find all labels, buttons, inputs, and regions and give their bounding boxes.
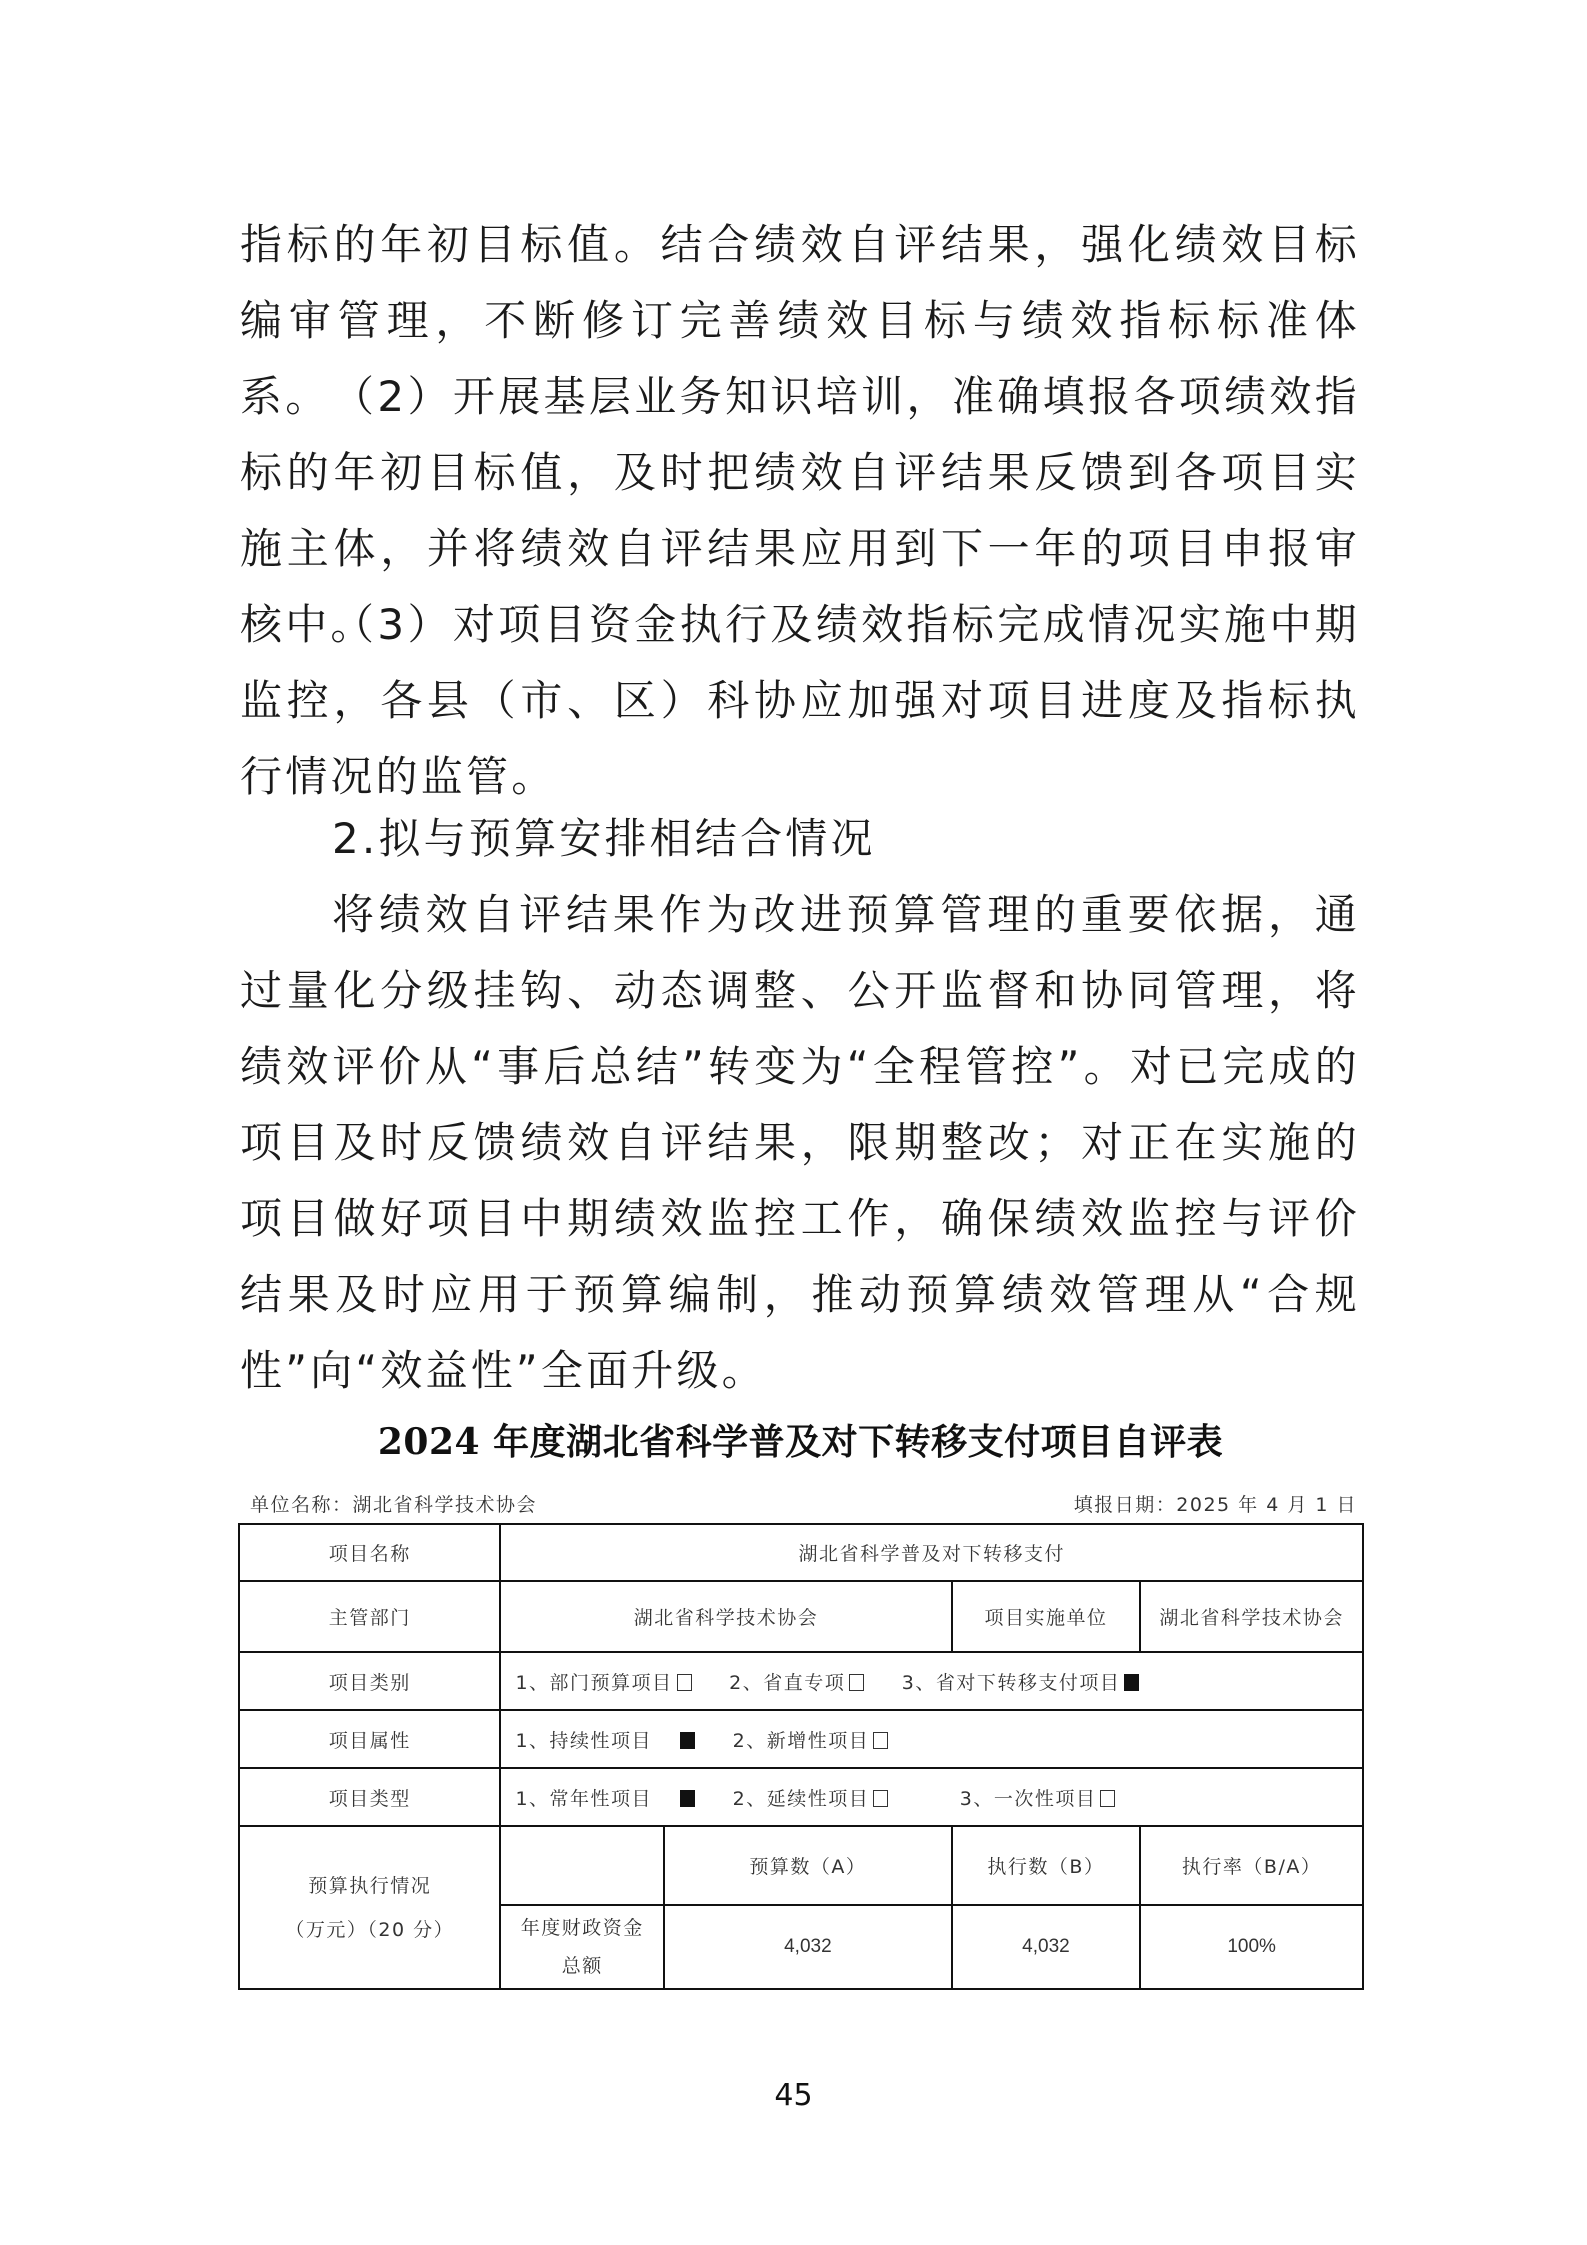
page-number: 45: [0, 2078, 1587, 2113]
cell-label: 项目类型: [239, 1768, 500, 1826]
attribute-options: 1、持续性项目 2、新增性项目: [500, 1710, 1363, 1768]
checkbox-icon: [873, 1790, 888, 1807]
rate-value: 100%: [1140, 1905, 1363, 1989]
checked-box-icon: [1124, 1674, 1139, 1691]
cell-value: 湖北省科学技术协会: [1140, 1581, 1363, 1652]
cell-value: 湖北省科学普及对下转移支付: [500, 1524, 1363, 1581]
option-transfer-payment: 3、省对下转移支付项目: [902, 1672, 1144, 1694]
budget-section-label: 预算执行情况 （万元）（20 分）: [239, 1826, 500, 1989]
option-provincial-special: 2、省直专项: [729, 1672, 868, 1694]
unit-name-label: 单位名称：湖北省科学技术协会: [250, 1490, 537, 1517]
option-continuing: 1、持续性项目: [515, 1730, 699, 1752]
table-title: 2024 年度湖北省科学普及对下转移支付项目自评表: [238, 1414, 1363, 1470]
paragraph-3: （3）对项目资金执行及绩效指标完成情况实施中期监控，各县（市、区）科协应加强对项…: [240, 587, 1360, 815]
fund-total-label: 年度财政资金 总额: [500, 1905, 664, 1989]
checkbox-icon: [849, 1674, 864, 1691]
option-new: 2、新增性项目: [733, 1730, 893, 1752]
option-dept-budget: 1、部门预算项目: [515, 1672, 695, 1694]
cell-label: 项目实施单位: [952, 1581, 1141, 1652]
option-annual: 1、常年性项目: [515, 1788, 699, 1810]
table-row-project-name: 项目名称 湖北省科学普及对下转移支付: [239, 1524, 1363, 1581]
table-row-attribute: 项目属性 1、持续性项目 2、新增性项目: [239, 1710, 1363, 1768]
table-row-department: 主管部门 湖北省科学技术协会 项目实施单位 湖北省科学技术协会: [239, 1581, 1363, 1652]
table-row-category: 项目类别 1、部门预算项目 2、省直专项 3、省对下转移支付项目: [239, 1652, 1363, 1710]
category-options: 1、部门预算项目 2、省直专项 3、省对下转移支付项目: [500, 1652, 1363, 1710]
paragraph-4: 将绩效自评结果作为改进预算管理的重要依据，通过量化分级挂钩、动态调整、公开监督和…: [240, 877, 1360, 1409]
checkbox-icon: [873, 1732, 888, 1749]
report-date-label: 填报日期：2025 年 4 月 1 日: [1074, 1490, 1357, 1517]
option-extended: 2、延续性项目: [733, 1788, 893, 1810]
header-rate: 执行率（B/A）: [1140, 1826, 1363, 1905]
checkbox-icon: [1100, 1790, 1115, 1807]
budget-value: 4,032: [664, 1905, 951, 1989]
header-exec: 执行数（B）: [952, 1826, 1141, 1905]
cell-label: 项目类别: [239, 1652, 500, 1710]
cell-label: 项目属性: [239, 1710, 500, 1768]
header-budget: 预算数（A）: [664, 1826, 951, 1905]
checked-box-icon: [680, 1732, 695, 1749]
checkbox-icon: [677, 1674, 692, 1691]
self-evaluation-table: 项目名称 湖北省科学普及对下转移支付 主管部门 湖北省科学技术协会 项目实施单位…: [238, 1523, 1364, 1990]
cell-empty: [500, 1826, 664, 1905]
cell-label: 项目名称: [239, 1524, 500, 1581]
table-row-budget-header: 预算执行情况 （万元）（20 分） 预算数（A） 执行数（B） 执行率（B/A）: [239, 1826, 1363, 1905]
cell-label: 主管部门: [239, 1581, 500, 1652]
cell-value: 湖北省科学技术协会: [500, 1581, 951, 1652]
exec-value: 4,032: [952, 1905, 1141, 1989]
checked-box-icon: [680, 1790, 695, 1807]
option-one-time: 3、一次性项目: [960, 1788, 1120, 1810]
section-heading: 2.拟与预算安排相结合情况: [240, 801, 1360, 877]
table-row-type: 项目类型 1、常年性项目 2、延续性项目 3、一次性项目: [239, 1768, 1363, 1826]
document-page: 指标的年初目标值。结合绩效自评结果，强化绩效目标编审管理，不断修订完善绩效目标与…: [0, 0, 1587, 2245]
type-options: 1、常年性项目 2、延续性项目 3、一次性项目: [500, 1768, 1363, 1826]
